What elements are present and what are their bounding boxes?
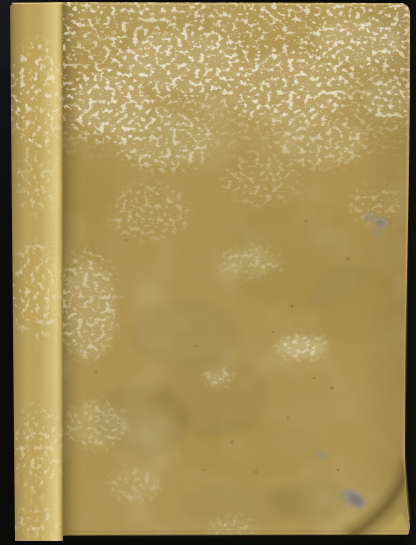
photo: Photograph of an antique book bound in p… (0, 0, 416, 545)
leather-texture-group (10, 2, 413, 542)
spine-top-highlight (12, 3, 63, 4)
book (10, 2, 413, 542)
fine-grain-texture (10, 2, 412, 542)
cover-top-highlight (63, 4, 400, 5)
bottom-inner-shade (64, 531, 406, 532)
book-photo: Photograph of an antique book bound in p… (0, 0, 416, 545)
cover-bottom-edge-shadow (64, 536, 408, 537)
